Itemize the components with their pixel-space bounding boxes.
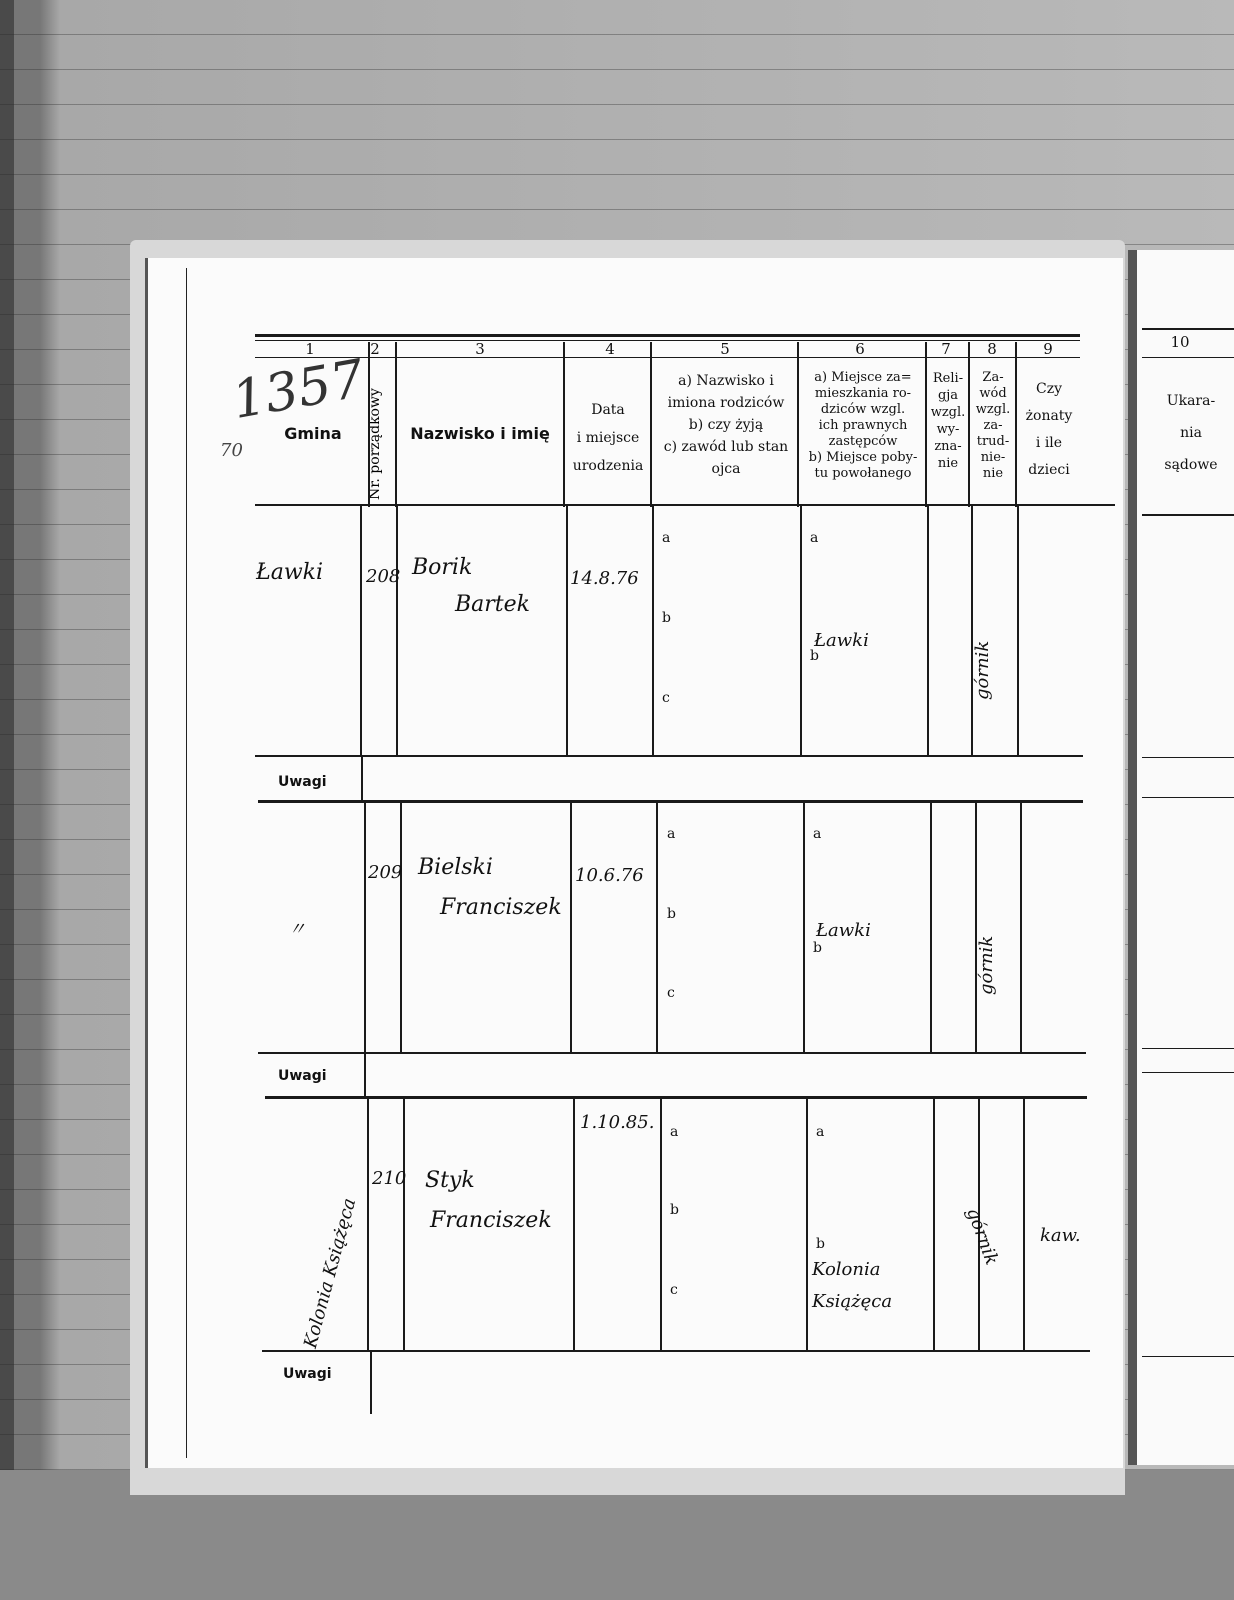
occupation-cell: górnik (972, 641, 993, 700)
birth-date-cell: 14.8.76 (570, 568, 639, 589)
header-line: trud- (970, 434, 1016, 450)
header-line: dziców wzgl. (800, 402, 926, 418)
col-rule (1023, 1099, 1025, 1351)
header-zonaty: Czy żonaty i ile dzieci (1018, 376, 1080, 484)
header-bottom-rule (255, 504, 1115, 506)
header-line: zna- (926, 438, 970, 455)
header-line: żonaty (1018, 403, 1080, 430)
header-line: ich prawnych (800, 418, 926, 434)
col-rule (573, 1099, 575, 1351)
column-number-7: 7 (936, 340, 956, 358)
birth-date-cell: 1.10.85. (580, 1112, 654, 1133)
header-line: Data (566, 396, 650, 424)
nr-cell: 209 (368, 862, 402, 883)
given-name-cell: Franciszek (430, 1208, 552, 1233)
row-rule (262, 1350, 1090, 1352)
sub-label-a: a (670, 1124, 678, 1140)
col-rule (566, 506, 568, 756)
right-row-rule (1142, 1356, 1234, 1357)
column-number-10: 10 (1165, 333, 1195, 351)
right-header-top-rule (1142, 328, 1234, 330)
header-line: Czy (1018, 376, 1080, 403)
nr-cell: 208 (366, 566, 400, 587)
col-rule (400, 803, 402, 1053)
col-rule (1015, 342, 1017, 507)
given-name-cell: Franciszek (440, 895, 562, 920)
residence-b-cell: Ławki (816, 920, 871, 941)
sub-label-c: c (667, 985, 675, 1001)
right-row-rule (1142, 1048, 1234, 1049)
side-number: 70 (220, 440, 243, 461)
header-top-rule (255, 334, 1080, 337)
header-line: tu powołanego (800, 466, 926, 482)
remarks-rule (370, 1352, 372, 1414)
right-header-num-rule (1142, 357, 1234, 358)
header-line: a) Nazwisko i (652, 370, 800, 392)
header-line: Reli- (926, 370, 970, 387)
col-rule (1017, 506, 1019, 756)
col-rule (360, 506, 362, 756)
remarks-rule (361, 757, 363, 802)
header-line: Za- (970, 370, 1016, 386)
col-rule (933, 1099, 935, 1351)
header-line: sądowe (1148, 449, 1234, 481)
remarks-rule (364, 1054, 366, 1099)
sub-label-b: b (670, 1202, 679, 1218)
right-row-rule (1142, 1072, 1234, 1073)
right-row-rule (1142, 757, 1234, 758)
sub-label-c: c (670, 1282, 678, 1298)
sub-label-a: a (810, 530, 818, 546)
residence-b-cell: Kolonia Książęca (812, 1254, 932, 1318)
col-rule (367, 1099, 369, 1351)
col-rule (563, 342, 565, 507)
column-number-1: 1 (290, 340, 330, 358)
header-nazwisko-imie: Nazwisko i imię (400, 424, 560, 443)
header-line: mieszkania ro- (800, 386, 926, 402)
col-rule (660, 1099, 662, 1351)
header-line: zastępców (800, 434, 926, 450)
header-line: nie (926, 455, 970, 472)
header-religja: Reli- gja wzgl. wy- zna- nie (926, 370, 970, 472)
header-line: nie (970, 466, 1016, 482)
sub-label-a: a (662, 530, 670, 546)
remarks-label: Uwagi (278, 774, 327, 790)
header-data-urodzenia: Data i miejsce urodzenia (566, 396, 650, 480)
header-line: b) Miejsce poby- (800, 450, 926, 466)
header-ukarania: Ukara- nia sądowe (1148, 385, 1234, 481)
col-rule (930, 803, 932, 1053)
col-rule (927, 506, 929, 756)
row-rule (258, 1052, 1086, 1054)
birth-date-cell: 10.6.76 (575, 865, 644, 886)
col-rule (570, 803, 572, 1053)
given-name-cell: Bartek (455, 592, 530, 617)
col-rule (364, 803, 366, 1053)
nr-cell: 210 (372, 1168, 406, 1189)
sub-label-b: b (813, 940, 822, 956)
sub-label-b: b (816, 1236, 825, 1252)
residence-b-cell: Ławki (814, 630, 869, 651)
header-gmina: Gmina (278, 424, 348, 443)
sub-label-c: c (662, 690, 670, 706)
remarks-bottom-rule (265, 1096, 1087, 1099)
header-line: b) czy żyją (652, 414, 800, 436)
remarks-label: Uwagi (283, 1366, 332, 1382)
col-rule (395, 342, 397, 507)
marital-cell: kaw. (1040, 1225, 1081, 1246)
sub-label-b: b (667, 906, 676, 922)
col-rule (1020, 803, 1022, 1053)
column-number-9: 9 (1038, 340, 1058, 358)
col-rule (368, 342, 370, 507)
sub-label-a: a (813, 826, 821, 842)
header-rodzice: a) Nazwisko i imiona rodziców b) czy żyj… (652, 370, 800, 480)
remarks-label: Uwagi (278, 1068, 327, 1084)
column-number-8: 8 (982, 340, 1002, 358)
header-line: nie- (970, 450, 1016, 466)
gmina-cell: 〃 (288, 915, 306, 941)
header-line: Ukara- (1148, 385, 1234, 417)
header-line: za- (970, 418, 1016, 434)
right-header-bottom-rule (1142, 514, 1234, 516)
col-rule (800, 506, 802, 756)
col-rule (797, 342, 799, 507)
header-line: a) Miejsce za= (800, 370, 926, 386)
surname-cell: Styk (425, 1168, 475, 1193)
page-margin-line (186, 268, 187, 1458)
header-line: i ile (1018, 430, 1080, 457)
col-rule (403, 1099, 405, 1351)
col-rule (396, 506, 398, 756)
header-line: c) zawód lub stan (652, 436, 800, 458)
col-rule (806, 1099, 808, 1351)
col-rule (975, 803, 977, 1053)
col-rule (971, 506, 973, 756)
col-rule (925, 342, 927, 507)
occupation-cell: górnik (976, 936, 997, 995)
sub-label-a: a (816, 1124, 824, 1140)
header-line: nia (1148, 417, 1234, 449)
column-number-5: 5 (705, 340, 745, 358)
surname-cell: Borik (412, 555, 472, 580)
col-rule (803, 803, 805, 1053)
header-line: ojca (652, 458, 800, 480)
header-line: i miejsce (566, 424, 650, 452)
col-rule (968, 342, 970, 507)
surname-cell: Bielski (418, 855, 493, 880)
header-line: wzgl. (926, 404, 970, 421)
row-rule (255, 755, 1083, 757)
sub-label-a: a (667, 826, 675, 842)
column-number-4: 4 (590, 340, 630, 358)
col-rule (652, 506, 654, 756)
header-line: imiona rodziców (652, 392, 800, 414)
column-number-3: 3 (460, 340, 500, 358)
sub-label-b: b (662, 610, 671, 626)
col-rule (650, 342, 652, 507)
header-line: gja (926, 387, 970, 404)
remarks-bottom-rule (258, 800, 1083, 803)
gmina-cell: Ławki (256, 560, 323, 585)
header-zawod: Za- wód wzgl. za- trud- nie- nie (970, 370, 1016, 482)
right-row-rule (1142, 797, 1234, 798)
header-miejsce-zamieszkania: a) Miejsce za= mieszkania ro- dziców wzg… (800, 370, 926, 482)
column-number-6: 6 (840, 340, 880, 358)
header-line: wód (970, 386, 1016, 402)
col-rule (656, 803, 658, 1053)
header-line: wzgl. (970, 402, 1016, 418)
header-line: wy- (926, 421, 970, 438)
header-line: urodzenia (566, 452, 650, 480)
header-line: dzieci (1018, 457, 1080, 484)
